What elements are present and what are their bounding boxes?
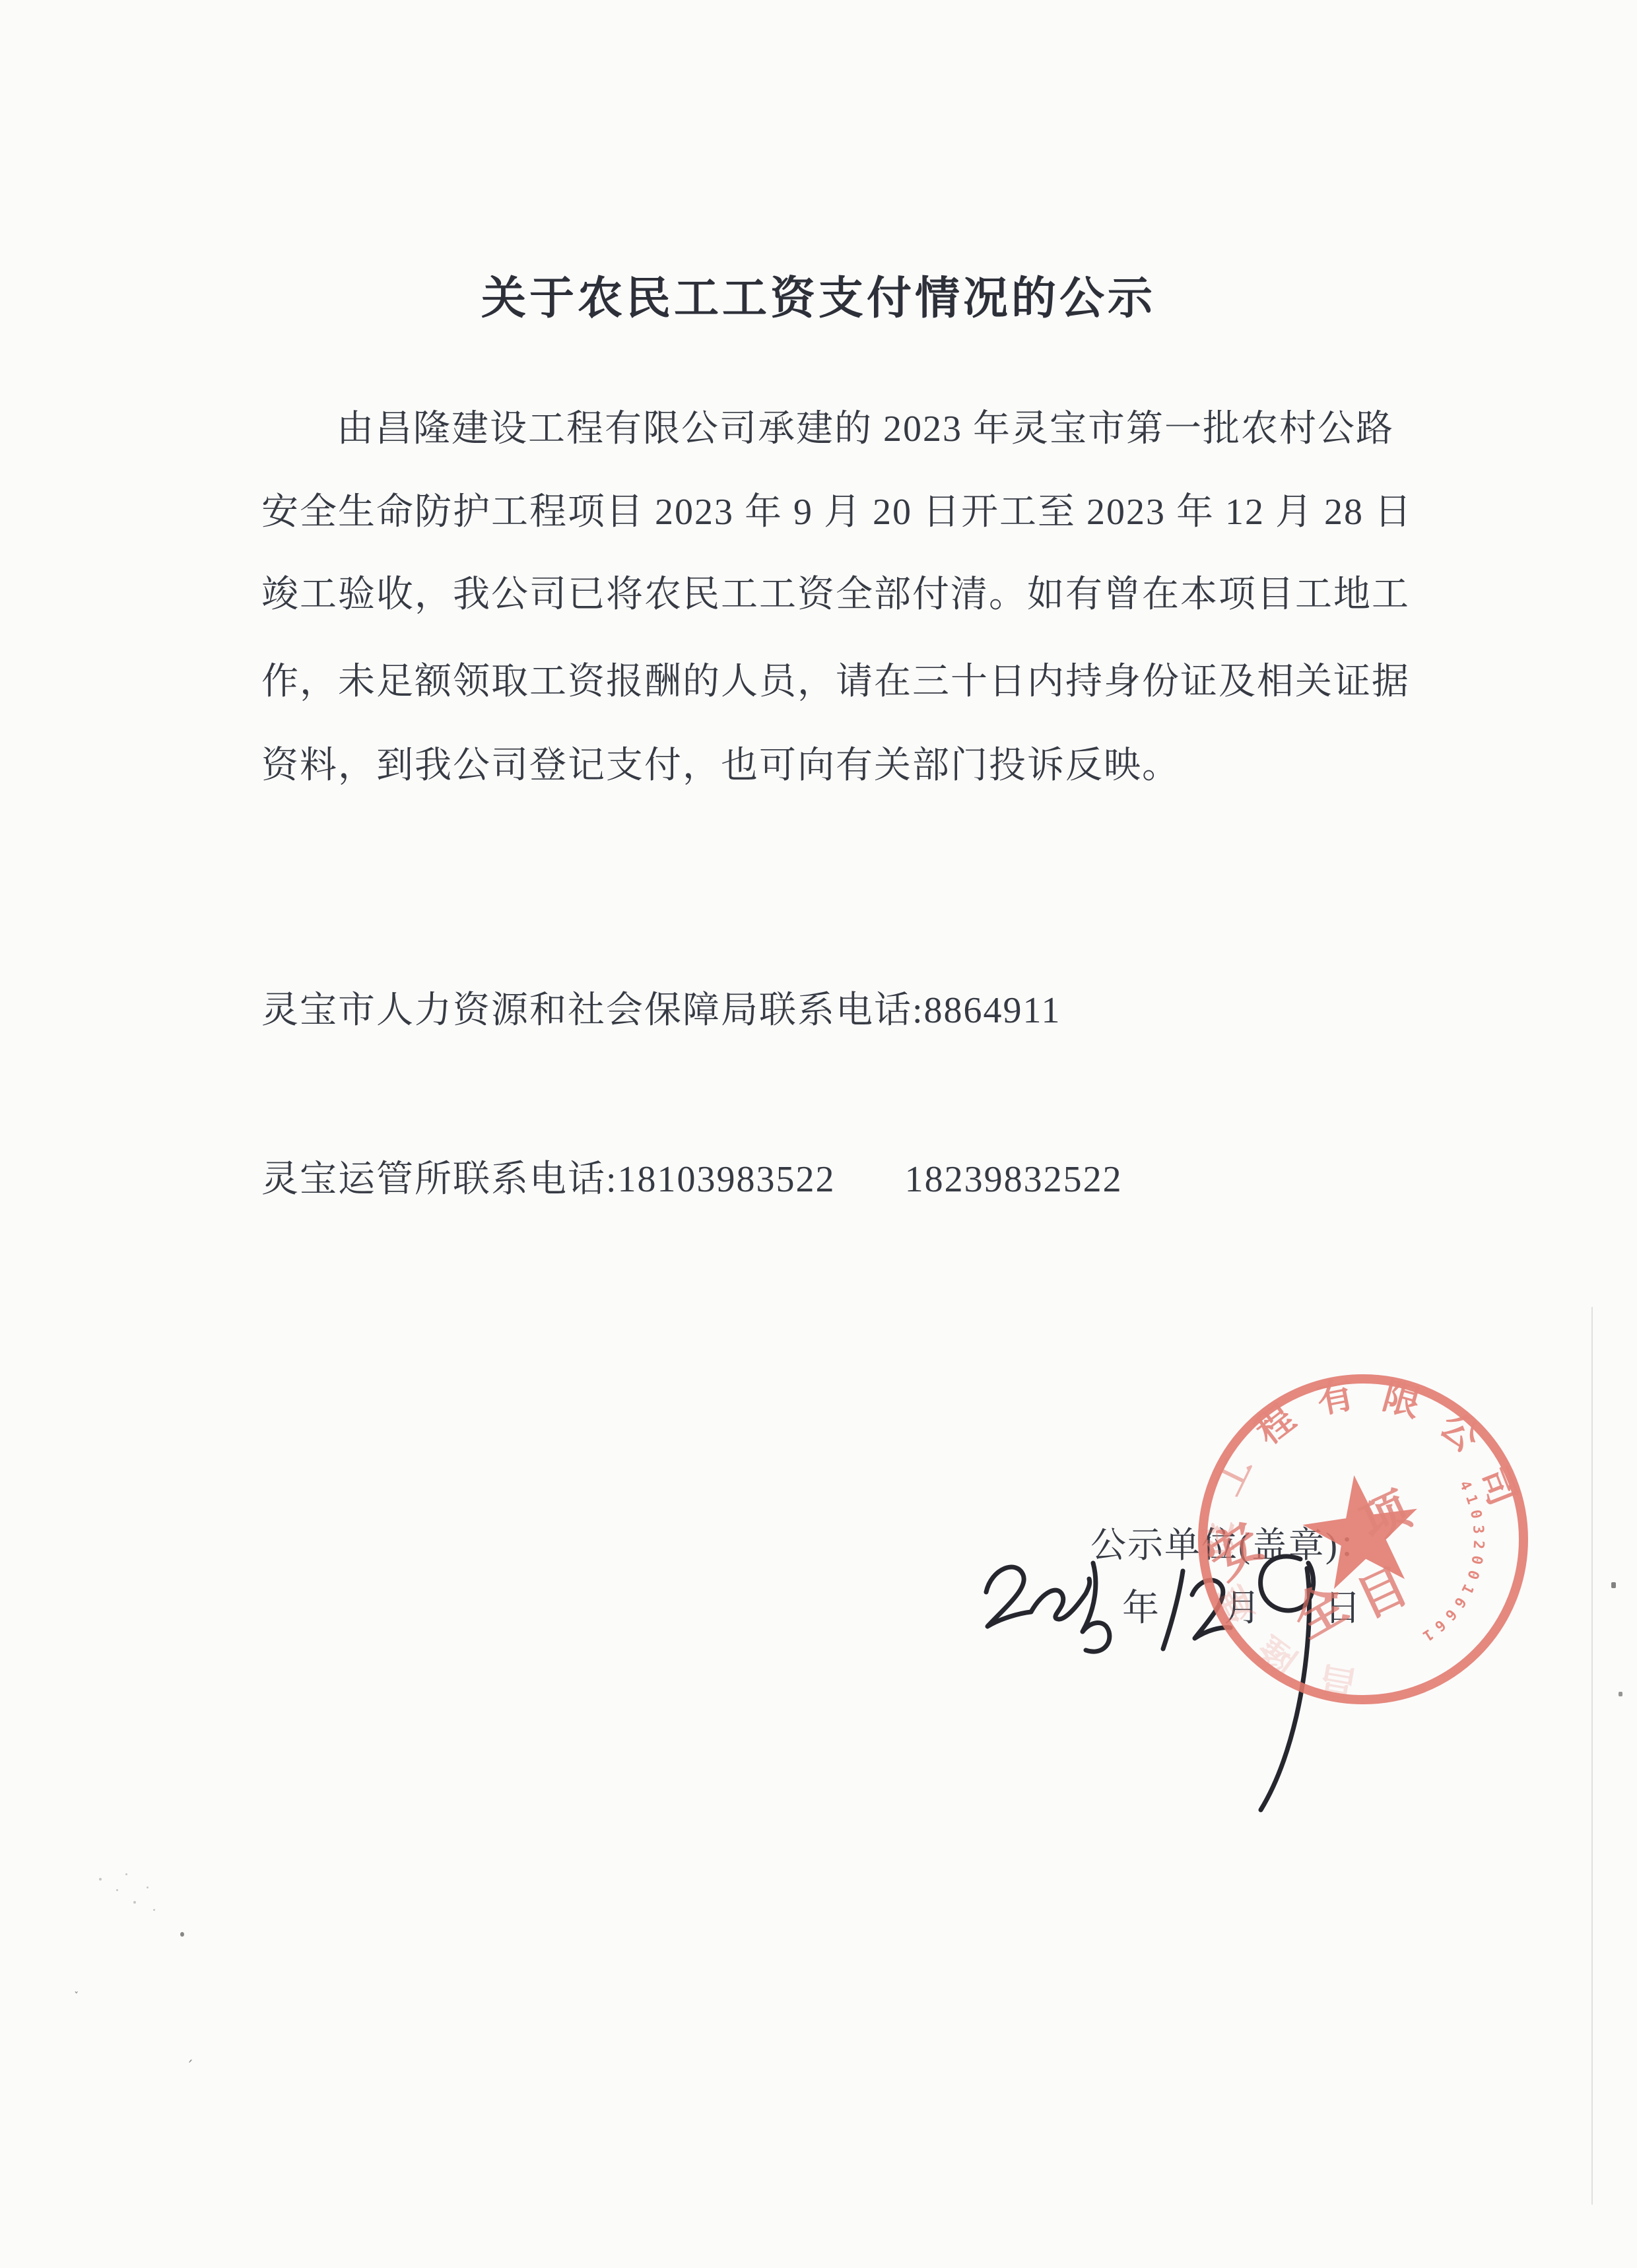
scan-speckle bbox=[1611, 1582, 1616, 1588]
signing-unit-label: 公示单位(盖章)： bbox=[1090, 1517, 1376, 1568]
scanned-notice-page: { "page": { "background": "#fbfbfa", "in… bbox=[0, 0, 1637, 2268]
handwritten-date: 2025 12 9 bbox=[957, 1531, 1353, 1835]
scan-speckle bbox=[116, 1889, 118, 1891]
scan-mark: ˏ bbox=[186, 2046, 193, 2063]
svg-text:程: 程 bbox=[1248, 1397, 1303, 1453]
contact-line-hr-bureau: 灵宝市人力资源和社会保障局联系电话:8864911 bbox=[261, 981, 1061, 1034]
contact-phone-primary: 灵宝运管所联系电话:18103983522 bbox=[261, 1159, 836, 1200]
paragraph-line: 作，未足额领取工资报酬的人员，请在三十日内持身份证及相关证据 bbox=[261, 652, 1410, 705]
svg-text:隆: 隆 bbox=[1250, 1627, 1305, 1684]
svg-text:公: 公 bbox=[1432, 1404, 1488, 1461]
date-month-unit: 月 bbox=[1224, 1579, 1261, 1632]
scan-speckle bbox=[153, 1909, 155, 1911]
scan-edge-line bbox=[1591, 1307, 1593, 2205]
page-title: 关于农民工工资支付情况的公示 bbox=[0, 263, 1637, 327]
paragraph-line: 由昌隆建设工程有限公司承建的 2023 年灵宝市第一批农村公路 bbox=[261, 399, 1394, 452]
svg-text:工: 工 bbox=[1206, 1450, 1261, 1502]
scan-speckle bbox=[147, 1886, 149, 1888]
svg-text:限: 限 bbox=[1378, 1375, 1425, 1426]
handwritten-year: 2025 bbox=[986, 1563, 1110, 1651]
date-year-unit: 年 bbox=[1122, 1579, 1159, 1632]
scan-mark: ˯ bbox=[74, 1978, 79, 1995]
scan-speckle bbox=[125, 1873, 127, 1875]
contact-line-transport-office: 灵宝运管所联系电话:1810398352218239832522 bbox=[261, 1150, 1123, 1203]
handwritten-day: 9 bbox=[1261, 1556, 1314, 1810]
scan-speckle bbox=[180, 1932, 184, 1937]
svg-text:昌: 昌 bbox=[1316, 1657, 1360, 1706]
paragraph-line: 资料，到我公司登记支付，也可向有关部门投诉反映。 bbox=[261, 736, 1180, 789]
seal-serial-number: 410320016661 bbox=[1415, 1478, 1487, 1647]
scan-speckle bbox=[133, 1901, 136, 1904]
contact-phone-secondary: 18239832522 bbox=[905, 1159, 1123, 1200]
date-day-unit: 日 bbox=[1324, 1579, 1361, 1632]
svg-text:有: 有 bbox=[1314, 1373, 1358, 1422]
scan-speckle bbox=[99, 1878, 102, 1881]
paragraph-line: 竣工验收，我公司已将农民工工资全部付清。如有曾在本项目工地工 bbox=[261, 565, 1410, 618]
handwritten-month: 12 bbox=[1163, 1571, 1230, 1649]
svg-text:司: 司 bbox=[1471, 1461, 1524, 1512]
scan-speckle bbox=[1619, 1692, 1622, 1696]
paragraph-line: 安全生命防护工程项目 2023 年 9 月 20 日开工至 2023 年 12 … bbox=[261, 483, 1413, 535]
